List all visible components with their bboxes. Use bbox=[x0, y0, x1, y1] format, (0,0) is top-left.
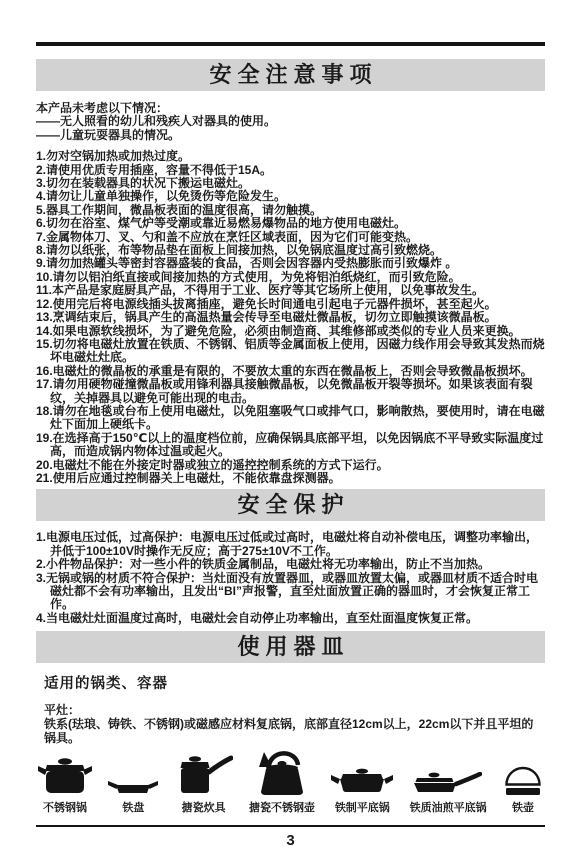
iron-flat-pot-icon bbox=[331, 768, 393, 795]
intro-paragraph: 本产品未考虑以下情况： ——无人照看的幼儿和残疾人对器具的使用。 ——儿童玩耍器… bbox=[36, 102, 545, 142]
safety-note-item: 21.使用后应通过控制器关上电磁灶，不能依靠盘探测器。 bbox=[36, 472, 545, 485]
safety-protection-list: 1.电源电压过低，过高保护：电源电压过低或过高时，电磁灶将自动补偿电压，调整功率… bbox=[36, 531, 545, 625]
protection-item: 4.当电磁灶灶面温度过高时，电磁灶会自动停止功率输出，直至灶面温度恢复正常。 bbox=[36, 612, 545, 625]
cookware-icon-row: 不锈钢锅 铁盘 bbox=[36, 749, 545, 815]
stainless-steel-pot-icon bbox=[38, 757, 92, 795]
safety-note-item: 6.切勿在浴室、煤气炉等受潮或靠近易燃易爆物品的地方使用电磁灶。 bbox=[36, 217, 545, 230]
cookware-subheading: 适用的锅类、容器 bbox=[36, 672, 545, 693]
cookware-label: 铁壶 bbox=[512, 799, 534, 815]
protection-item: 2.小件物品保护：对一些小件的铁质金属制品，电磁灶将无功率输出，防止不当加热。 bbox=[36, 558, 545, 571]
footer-rule bbox=[36, 825, 545, 827]
enamel-stainless-kettle-icon bbox=[256, 749, 308, 795]
cookware-label: 搪瓷炊具 bbox=[182, 799, 226, 815]
iron-kettle-icon bbox=[503, 761, 543, 795]
cookware-label: 搪瓷不锈钢壶 bbox=[249, 799, 315, 815]
safety-note-item: 18.请勿在地毯或台布上使用电磁灶，以免阻塞吸气口或排气口，影响散热，要使用时，… bbox=[36, 405, 545, 432]
safety-note-item: 15.切勿将电磁灶放置在铁质、不锈钢、铝质等金属面板上使用，因磁力线作用会导致其… bbox=[36, 338, 545, 365]
cookware-description: 铁系(珐琅、铸铁、不锈钢)或磁感应材料复底锅，底部直径12cm以上，22cm以下… bbox=[36, 718, 545, 745]
manual-page: 安全注意事项 本产品未考虑以下情况： ——无人照看的幼儿和残疾人对器具的使用。 … bbox=[0, 0, 581, 854]
protection-item: 3.无锅或锅的材质不符合保护：当灶面没有放置器皿，或器皿放置太偏，或器皿材质不适… bbox=[36, 572, 545, 612]
iron-frying-pan-icon bbox=[414, 772, 482, 795]
section-title-usage-cookware: 使用器皿 bbox=[36, 631, 545, 663]
cookware-item: 搪瓷炊具 bbox=[175, 755, 233, 815]
safety-note-item: 14.如果电源软线损坏，为了避免危险，必须由制造商、其维修部或类似的专业人员来更… bbox=[36, 325, 545, 338]
cookware-item: 铁质油煎平底锅 bbox=[410, 772, 487, 815]
safety-note-item: 11.本产品是家庭厨具产品，不得用于工业、医疗等其它场所上使用，以免事故发生。 bbox=[36, 284, 545, 297]
iron-plate-icon bbox=[108, 780, 158, 795]
safety-note-item: 13.烹调结束后，锅具产生的高温热量会传导至电磁灶微晶板，切勿立即触摸该微晶板。 bbox=[36, 311, 545, 324]
top-double-rule bbox=[36, 42, 545, 46]
intro-line: ——无人照看的幼儿和残疾人对器具的使用。 bbox=[36, 115, 545, 128]
protection-item: 1.电源电压过低，过高保护：电源电压过低或过高时，电磁灶将自动补偿电压，调整功率… bbox=[36, 531, 545, 558]
section-title-safety-notes: 安全注意事项 bbox=[36, 59, 545, 91]
cookware-item: 铁壶 bbox=[503, 761, 543, 815]
cookware-item: 不锈钢锅 bbox=[38, 757, 92, 815]
safety-notes-list: 1.勿对空锅加热或加热过度。 2.请使用优质专用插座，容量不得低于15A。 3.… bbox=[36, 150, 545, 485]
safety-note-item: 20.电磁灶不能在外接定时器或独立的遥控控制系统的方式下运行。 bbox=[36, 459, 545, 472]
cookware-item: 铁盘 bbox=[108, 780, 158, 815]
safety-note-item: 17.请勿用硬物碰撞微晶板或用锋利器具接触微晶板，以免微晶板开裂等损坏。如果该表… bbox=[36, 378, 545, 405]
cookware-label: 铁制平底锅 bbox=[335, 799, 390, 815]
safety-note-item: 1.勿对空锅加热或加热过度。 bbox=[36, 150, 545, 163]
flat-stove-label: 平灶： bbox=[36, 701, 545, 718]
cookware-item: 搪瓷不锈钢壶 bbox=[249, 749, 315, 815]
cookware-label: 铁盘 bbox=[122, 799, 144, 815]
section-title-safety-protection: 安全保护 bbox=[36, 489, 545, 521]
cookware-item: 铁制平底锅 bbox=[331, 768, 393, 815]
cookware-label: 铁质油煎平底锅 bbox=[410, 799, 487, 815]
enamel-cookware-icon bbox=[175, 755, 233, 795]
intro-line: ——儿童玩耍器具的情况。 bbox=[36, 129, 545, 142]
cookware-label: 不锈钢锅 bbox=[43, 799, 87, 815]
safety-note-item: 19.在选择高于150℃以上的温度档位前，应确保锅具底部平坦，以免因锅底不平导致… bbox=[36, 432, 545, 459]
page-number: 3 bbox=[36, 832, 545, 849]
safety-note-item: 4.请勿让儿童单独操作，以免烫伤等危险发生。 bbox=[36, 190, 545, 203]
safety-note-item: 9.请勿加热罐头等密封容器盛装的食品，否则会因容器内受热膨胀而引致爆炸 。 bbox=[36, 257, 545, 270]
